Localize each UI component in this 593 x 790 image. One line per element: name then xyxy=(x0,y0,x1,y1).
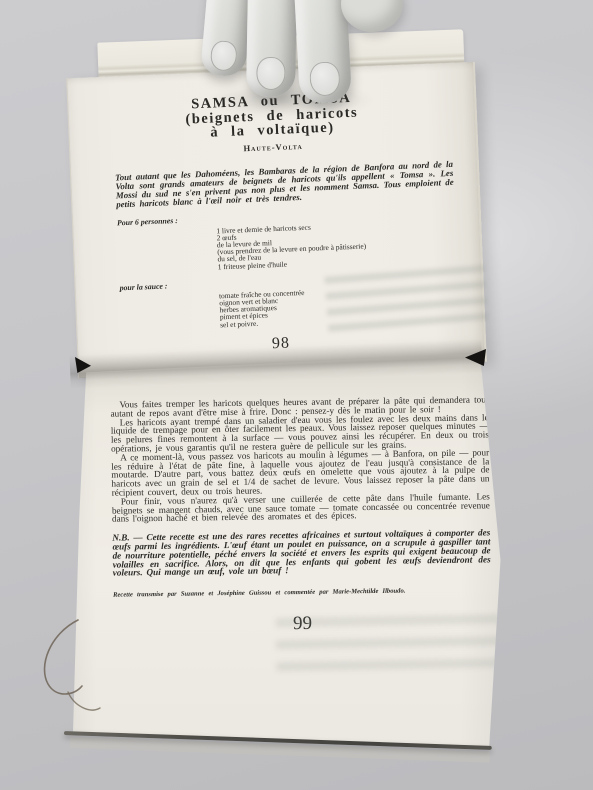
recipe-method: Vous faites tremper les haricots quelque… xyxy=(110,395,490,523)
recipe-paragraph: A ce moment-là, vous passez vos haricots… xyxy=(111,448,490,497)
intro-paragraph: Tout autant que les Dahoméens, les Bamba… xyxy=(115,159,454,209)
page-99: Vous faites tremper les haricots quelque… xyxy=(66,350,504,754)
sauce-ingredients-list: tomate fraîche ou concentrée oignon vert… xyxy=(219,282,483,329)
attribution-note: Recette transmise par Suzanne et Joséphi… xyxy=(113,587,457,599)
hand-knuckle xyxy=(341,0,403,32)
page-number-98: 98 xyxy=(78,327,484,361)
loose-binding-thread xyxy=(38,616,118,726)
finger-cast-shadow xyxy=(208,84,373,116)
ingredients-list: 1 livre et demie de haricots secs 2 œufs… xyxy=(216,216,481,270)
page-number-99: 99 xyxy=(113,611,491,638)
nota-bene: N.B. — Cette recette est une des rares r… xyxy=(112,529,491,578)
book-photo: SAMSA ou TOMSA (beignets de haricots à l… xyxy=(0,0,593,790)
page-99-content: Vous faites tremper les haricots quelque… xyxy=(110,395,491,638)
recipe-paragraph: Pour finir, vous n'aurez qu'à verser une… xyxy=(112,492,490,524)
